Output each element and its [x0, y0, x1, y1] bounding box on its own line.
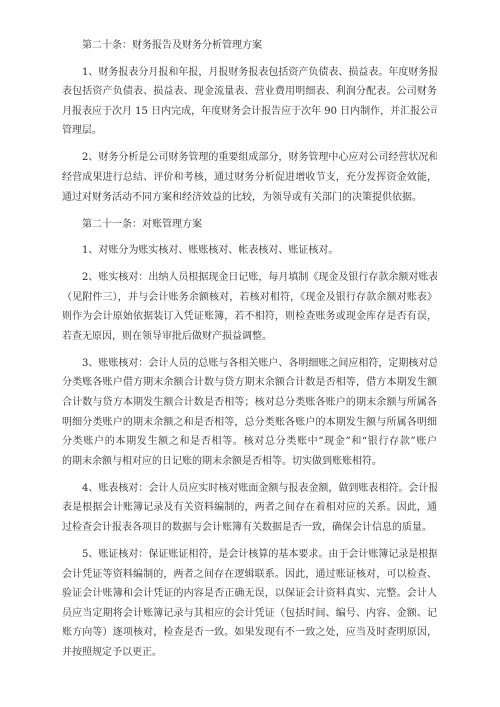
text-line: 账方向等）逐项核对，检查是否一致。如果发现有不一致之处，应当及时查明原因，	[62, 623, 437, 643]
text-line: 表包括资产负债表、损益表、现金流量表、营业费用明细表、利润分配表。公司财务	[62, 82, 437, 102]
text-line: 的期末余额与相对应的日记账的期末余额是否相等。切实做到账账相符。	[62, 452, 437, 472]
text-line: 员应当定期将会计账簿记录与其相应的会计凭证（包括时间、编号、内容、金额、记	[62, 604, 437, 624]
text-line: 5、账证核对：保证账证相符，是会计核算的基本要求。由于会计账簿记录是根据	[62, 545, 437, 565]
text-line: 3、账账核对：会计人员的总账与各相关账户、各明细账之间应相符，定期核对总	[62, 354, 437, 374]
text-line: 分类账户的本期发生额之和是否相等。核对总分类账中“现金”和“银行存款”账户	[62, 432, 437, 452]
section-heading-21: 第二十一条：对账管理方案	[62, 215, 437, 235]
text-line: 则作为会计原始依据装订入凭证账簿，若不相符，则检查账务或现金库存是否有误，	[62, 307, 437, 327]
text-line: 会计凭证等资料编制的，两者之间存在逻辑联系。因此，通过账证核对，可以检查、	[62, 565, 437, 585]
text-line: 管理层。	[62, 121, 437, 141]
text-line: 4、账表核对：会计人员应实时核对账面金额与报表金额，做到账表相符。会计报	[62, 479, 437, 499]
paragraph-ledger-report-check: 4、账表核对：会计人员应实时核对账面金额与报表金额，做到账表相符。会计报 表是根…	[62, 479, 437, 538]
text-line: 过检查会计报表各项目的数据与会计账簿有关数据是否一致，确保会计信息的质量。	[62, 518, 437, 538]
text-line: 明细分类账户的期末余额之和是否相等，总分类账各账户的本期发生额与所属各明细	[62, 413, 437, 433]
document-page: 第二十条：财务报告及财务分析管理方案 1、财务报表分月报和年报，月报财务报表包括…	[62, 36, 437, 670]
text-line: 分类账各账户借方期末余额合计数与贷方期末余额合计数是否相等，借方本期发生额	[62, 373, 437, 393]
text-line: 1、对账分为账实核对、账账核对、帐表核对、账证核对。	[62, 241, 437, 261]
text-line: 合计数与贷方本期发生额合计数是否相等；核对总分类账各账户的期末余额与所属各	[62, 393, 437, 413]
paragraph-financial-reports: 1、财务报表分月报和年报，月报财务报表包括资产负债表、损益表。年度财务报 表包括…	[62, 63, 437, 141]
text-line: 2、账实核对：出纳人员根据现金日记账，每月填制《现金及银行存款余额对账表》	[62, 268, 437, 288]
paragraph-reconciliation-types: 1、对账分为账实核对、账账核对、帐表核对、账证核对。	[62, 241, 437, 261]
text-line: 经营成果进行总结、评价和考核，通过财务分析促进增收节支，充分发挥资金效能，	[62, 168, 437, 188]
paragraph-ledger-check: 3、账账核对：会计人员的总账与各相关账户、各明细账之间应相符，定期核对总 分类账…	[62, 354, 437, 472]
text-line: 验证会计账簿和会计凭证的内容是否正确无误，以保证会计资料真实、完整。会计人	[62, 584, 437, 604]
text-line: 通过对财务活动不同方案和经济效益的比较，为领导或有关部门的决策提供依据。	[62, 188, 437, 208]
text-line: 月报表应于次月 15 日内完成，年度财务会计报告应于次年 90 日内制作，并汇报…	[62, 102, 437, 122]
text-line: 2、财务分析是公司财务管理的重要组成部分，财务管理中心应对公司经营状况和	[62, 148, 437, 168]
text-line: 并按照规定予以更正。	[62, 643, 437, 663]
section-heading-20: 第二十条：财务报告及财务分析管理方案	[62, 36, 437, 56]
paragraph-account-physical-check: 2、账实核对：出纳人员根据现金日记账，每月填制《现金及银行存款余额对账表》 （见…	[62, 268, 437, 346]
text-line: （见附件三），并与会计账务余额核对，若核对相符，《现金及银行存款余额对账表》	[62, 288, 437, 308]
paragraph-ledger-voucher-check: 5、账证核对：保证账证相符，是会计核算的基本要求。由于会计账簿记录是根据 会计凭…	[62, 545, 437, 663]
text-line: 表是根据会计账簿记录及有关资料编制的，两者之间存在着相对应的关系。因此，通	[62, 498, 437, 518]
text-line: 1、财务报表分月报和年报，月报财务报表包括资产负债表、损益表。年度财务报	[62, 63, 437, 83]
paragraph-financial-analysis: 2、财务分析是公司财务管理的重要组成部分，财务管理中心应对公司经营状况和 经营成…	[62, 148, 437, 207]
text-line: 若查无原因，则在领导审批后做财产损益调整。	[62, 327, 437, 347]
